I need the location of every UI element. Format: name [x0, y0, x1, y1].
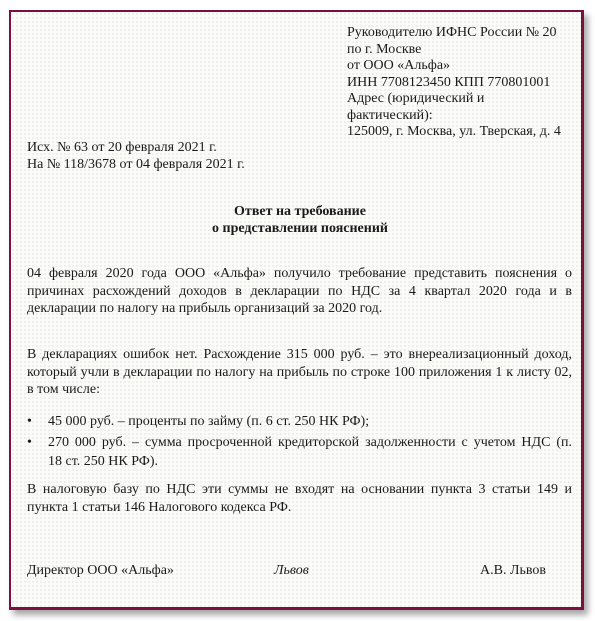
bullet-icon: • — [27, 433, 32, 452]
income-breakdown-list: • 45 000 руб. – проценты по займу (п. 6 … — [27, 412, 572, 471]
list-item: • 270 000 руб. – сумма просроченной кред… — [27, 433, 572, 471]
bullet-icon: • — [27, 412, 32, 431]
paragraph-line: В декларациях ошибок нет. Расхождение 31… — [27, 346, 572, 364]
paragraph-line: пункта 1 статьи 146 Налогового кодекса Р… — [27, 499, 572, 517]
addressee-line: ИНН 7708123450 КПП 770801001 — [347, 75, 561, 92]
document-title: Ответ на требование о представлении пояс… — [120, 203, 480, 237]
list-item: • 45 000 руб. – проценты по займу (п. 6 … — [27, 412, 572, 431]
addressee-line: от ООО «Альфа» — [347, 58, 561, 75]
reference-numbers: Исх. № 63 от 20 февраля 2021 г. На № 118… — [27, 140, 245, 173]
paragraph-line: 04 февраля 2020 года ООО «Альфа» получил… — [27, 265, 572, 283]
signatory-name: А.В. Львов — [480, 563, 546, 580]
title-line-1: Ответ на требование — [120, 203, 480, 220]
handwritten-signature: Львов — [274, 563, 309, 580]
addressee-line: по г. Москве — [347, 42, 561, 59]
paragraph-line: в том числе: — [27, 381, 572, 399]
paragraph-line: причинах расхождений доходов в деклараци… — [27, 283, 572, 301]
paragraph-request-received: 04 февраля 2020 года ООО «Альфа» получил… — [27, 265, 572, 318]
paragraph-vat-basis: В налоговую базу по НДС эти суммы не вхо… — [27, 481, 572, 516]
list-item-text: 18 ст. 250 НК РФ). — [48, 452, 572, 471]
addressee-block: Руководителю ИФНС России № 20 по г. Моск… — [347, 25, 561, 141]
list-item-text: 45 000 руб. – проценты по займу (п. 6 ст… — [48, 412, 572, 431]
addressee-line: 125009, г. Москва, ул. Тверская, д. 4 — [347, 124, 561, 141]
addressee-line: Адрес (юридический и — [347, 91, 561, 108]
incoming-reference: На № 118/3678 от 04 февраля 2021 г. — [27, 157, 245, 174]
addressee-line: Руководителю ИФНС России № 20 — [347, 25, 561, 42]
paragraph-line: который учли в декларации по налогу на п… — [27, 364, 572, 382]
paragraph-explanation: В декларациях ошибок нет. Расхождение 31… — [27, 346, 572, 399]
signatory-role: Директор ООО «Альфа» — [27, 563, 174, 580]
list-item-text: 270 000 руб. – сумма просроченной кредит… — [48, 433, 572, 452]
paragraph-line: декларации по налогу на прибыль организа… — [27, 300, 572, 318]
addressee-line: фактический): — [347, 108, 561, 125]
title-line-2: о представлении пояснений — [120, 220, 480, 237]
paragraph-line: В налоговую базу по НДС эти суммы не вхо… — [27, 481, 572, 499]
outgoing-reference: Исх. № 63 от 20 февраля 2021 г. — [27, 140, 245, 157]
